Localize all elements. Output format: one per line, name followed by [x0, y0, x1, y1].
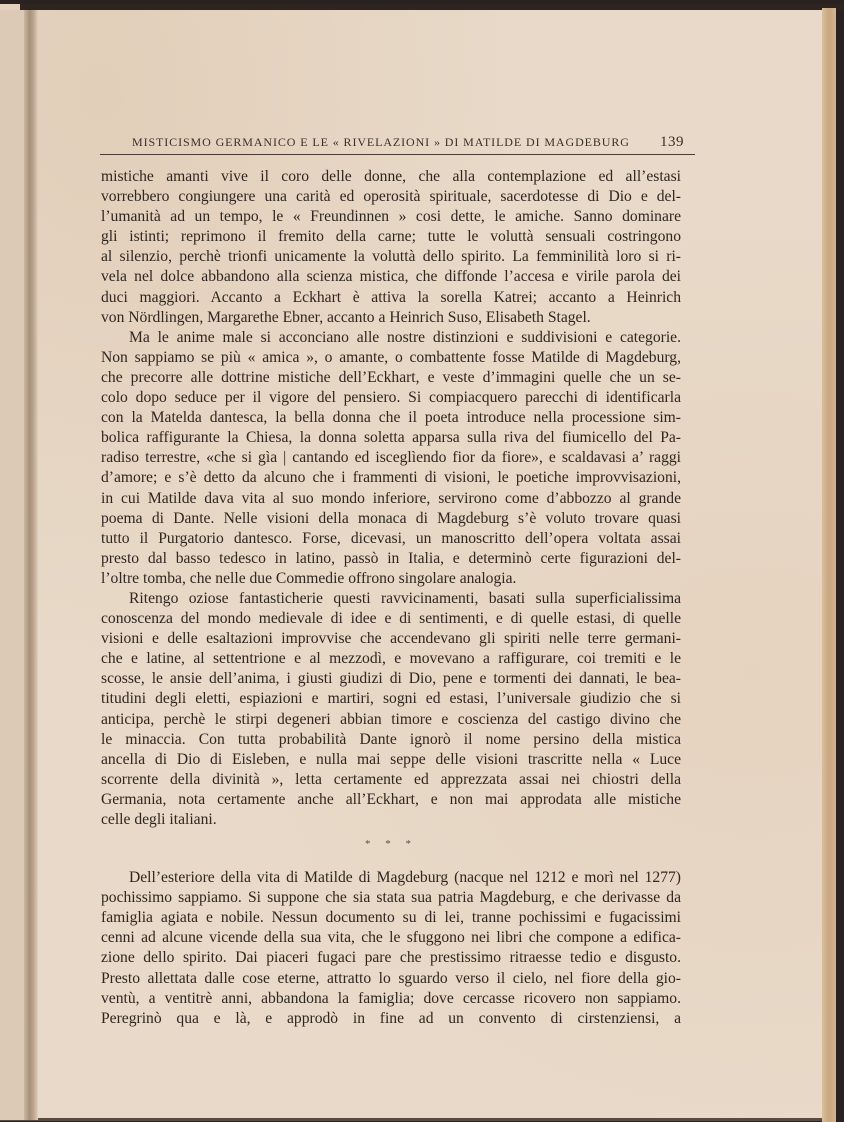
text-line: presto dal basso tedesco in latino, pass…	[101, 549, 681, 569]
paragraph-2: Ma le anime male si acconciano alle nost…	[101, 328, 681, 589]
paragraph-4: Dell’esteriore della vita di Matilde di …	[101, 868, 681, 1029]
page-top-edge	[20, 4, 844, 10]
paragraph-3: Ritengo oziose fantasticherie questi rav…	[101, 589, 681, 830]
previous-page-edge	[0, 10, 24, 1120]
text-line: bolica raffigurante la Chiesa, la donna …	[101, 428, 681, 448]
text-line: al silenzio, perchè trionfi unicamente l…	[101, 247, 681, 267]
text-line: pochissimo sappiamo. Si suppone che sia …	[101, 888, 681, 908]
body-text: mistiche amanti vive il coro delle donne…	[101, 167, 681, 1029]
text-line: con la Matelda dantesca, la bella donna …	[101, 408, 681, 428]
text-line: Peregrinò qua e là, e approdò in fine ad…	[101, 1009, 681, 1029]
text-line: l’umanità ad un tempo, le « Freundinnen …	[101, 207, 681, 227]
text-line: vorrebbero congiungere una carità ed ope…	[101, 187, 681, 207]
text-line: in cui Matilde dava vita al suo mondo in…	[101, 489, 681, 509]
header-rule	[100, 154, 695, 155]
text-line: radiso terrestre, «che si gìa | cantando…	[101, 448, 681, 468]
text-line: Ritengo oziose fantasticherie questi rav…	[101, 589, 681, 609]
text-line: visioni e delle esaltazioni improvvise c…	[101, 629, 681, 649]
text-line: ventù, a ventitrè anni, abbandona la fam…	[101, 989, 681, 1009]
text-line: Germania, nota certamente anche all’Eckh…	[101, 790, 681, 810]
page-right-edge	[822, 8, 836, 1121]
text-line: gli istinti; reprimono il fremito della …	[101, 227, 681, 247]
running-header: MISTICISMO GERMANICO E LE « RIVELAZIONI …	[132, 134, 684, 151]
running-title: MISTICISMO GERMANICO E LE « RIVELAZIONI …	[132, 135, 630, 150]
text-line: von Nördlingen, Margarethe Ebner, accant…	[101, 308, 681, 328]
text-line: le minaccia. Con tutta probabilità Dante…	[101, 730, 681, 750]
text-line: zione dello spirito. Dai piaceri fugaci …	[101, 948, 681, 968]
text-line: Dell’esteriore della vita di Matilde di …	[101, 868, 681, 888]
paragraph-1: mistiche amanti vive il coro delle donne…	[101, 167, 681, 328]
text-line: famiglia agiata e nobile. Nessun documen…	[101, 908, 681, 928]
text-line: ancella di Dio di Eisleben, e nulla mai …	[101, 750, 681, 770]
text-line: colo dopo seduce per il vigore del pensi…	[101, 388, 681, 408]
text-line: scosse, le ansie dell’anima, i giusti gi…	[101, 669, 681, 689]
text-line: tutto il Purgatorio dantesco. Forse, dic…	[101, 529, 681, 549]
text-line: celle degli italiani.	[101, 810, 681, 830]
text-line: duci maggiori. Accanto a Eckhart è attiv…	[101, 288, 681, 308]
text-line: poema di Dante. Nelle visioni della mona…	[101, 509, 681, 529]
text-line: titudini degli eletti, espiazioni e mart…	[101, 689, 681, 709]
text-line: Presto allettata dalle cose eterne, attr…	[101, 969, 681, 989]
text-line: vela nel dolce abbandono alla scienza mi…	[101, 267, 681, 287]
text-line: che e latine, al settentrione e al mezzo…	[101, 649, 681, 669]
text-line: che precorre alle dottrine mistiche dell…	[101, 368, 681, 388]
text-line: mistiche amanti vive il coro delle donne…	[101, 167, 681, 187]
text-line: scorrente della divinità », letta certam…	[101, 770, 681, 790]
text-line: d’amore; e s’è detto da alcuno che i fra…	[101, 468, 681, 488]
text-line: l’oltre tomba, che nelle due Commedie of…	[101, 569, 681, 589]
book-page: MISTICISMO GERMANICO E LE « RIVELAZIONI …	[0, 4, 836, 1121]
text-line: anticipa, perchè le stirpi degeneri abbi…	[101, 710, 681, 730]
page-number: 139	[660, 134, 684, 151]
binding-gutter	[24, 10, 38, 1120]
text-line: Non sappiamo se più « amica », o amante,…	[101, 348, 681, 368]
text-line: conoscenza del mondo medievale di idee e…	[101, 609, 681, 629]
section-break-asterisks: * * *	[101, 834, 681, 848]
text-line: cenni ad alcune vicende della sua vita, …	[101, 928, 681, 948]
text-line: Ma le anime male si acconciano alle nost…	[101, 328, 681, 348]
